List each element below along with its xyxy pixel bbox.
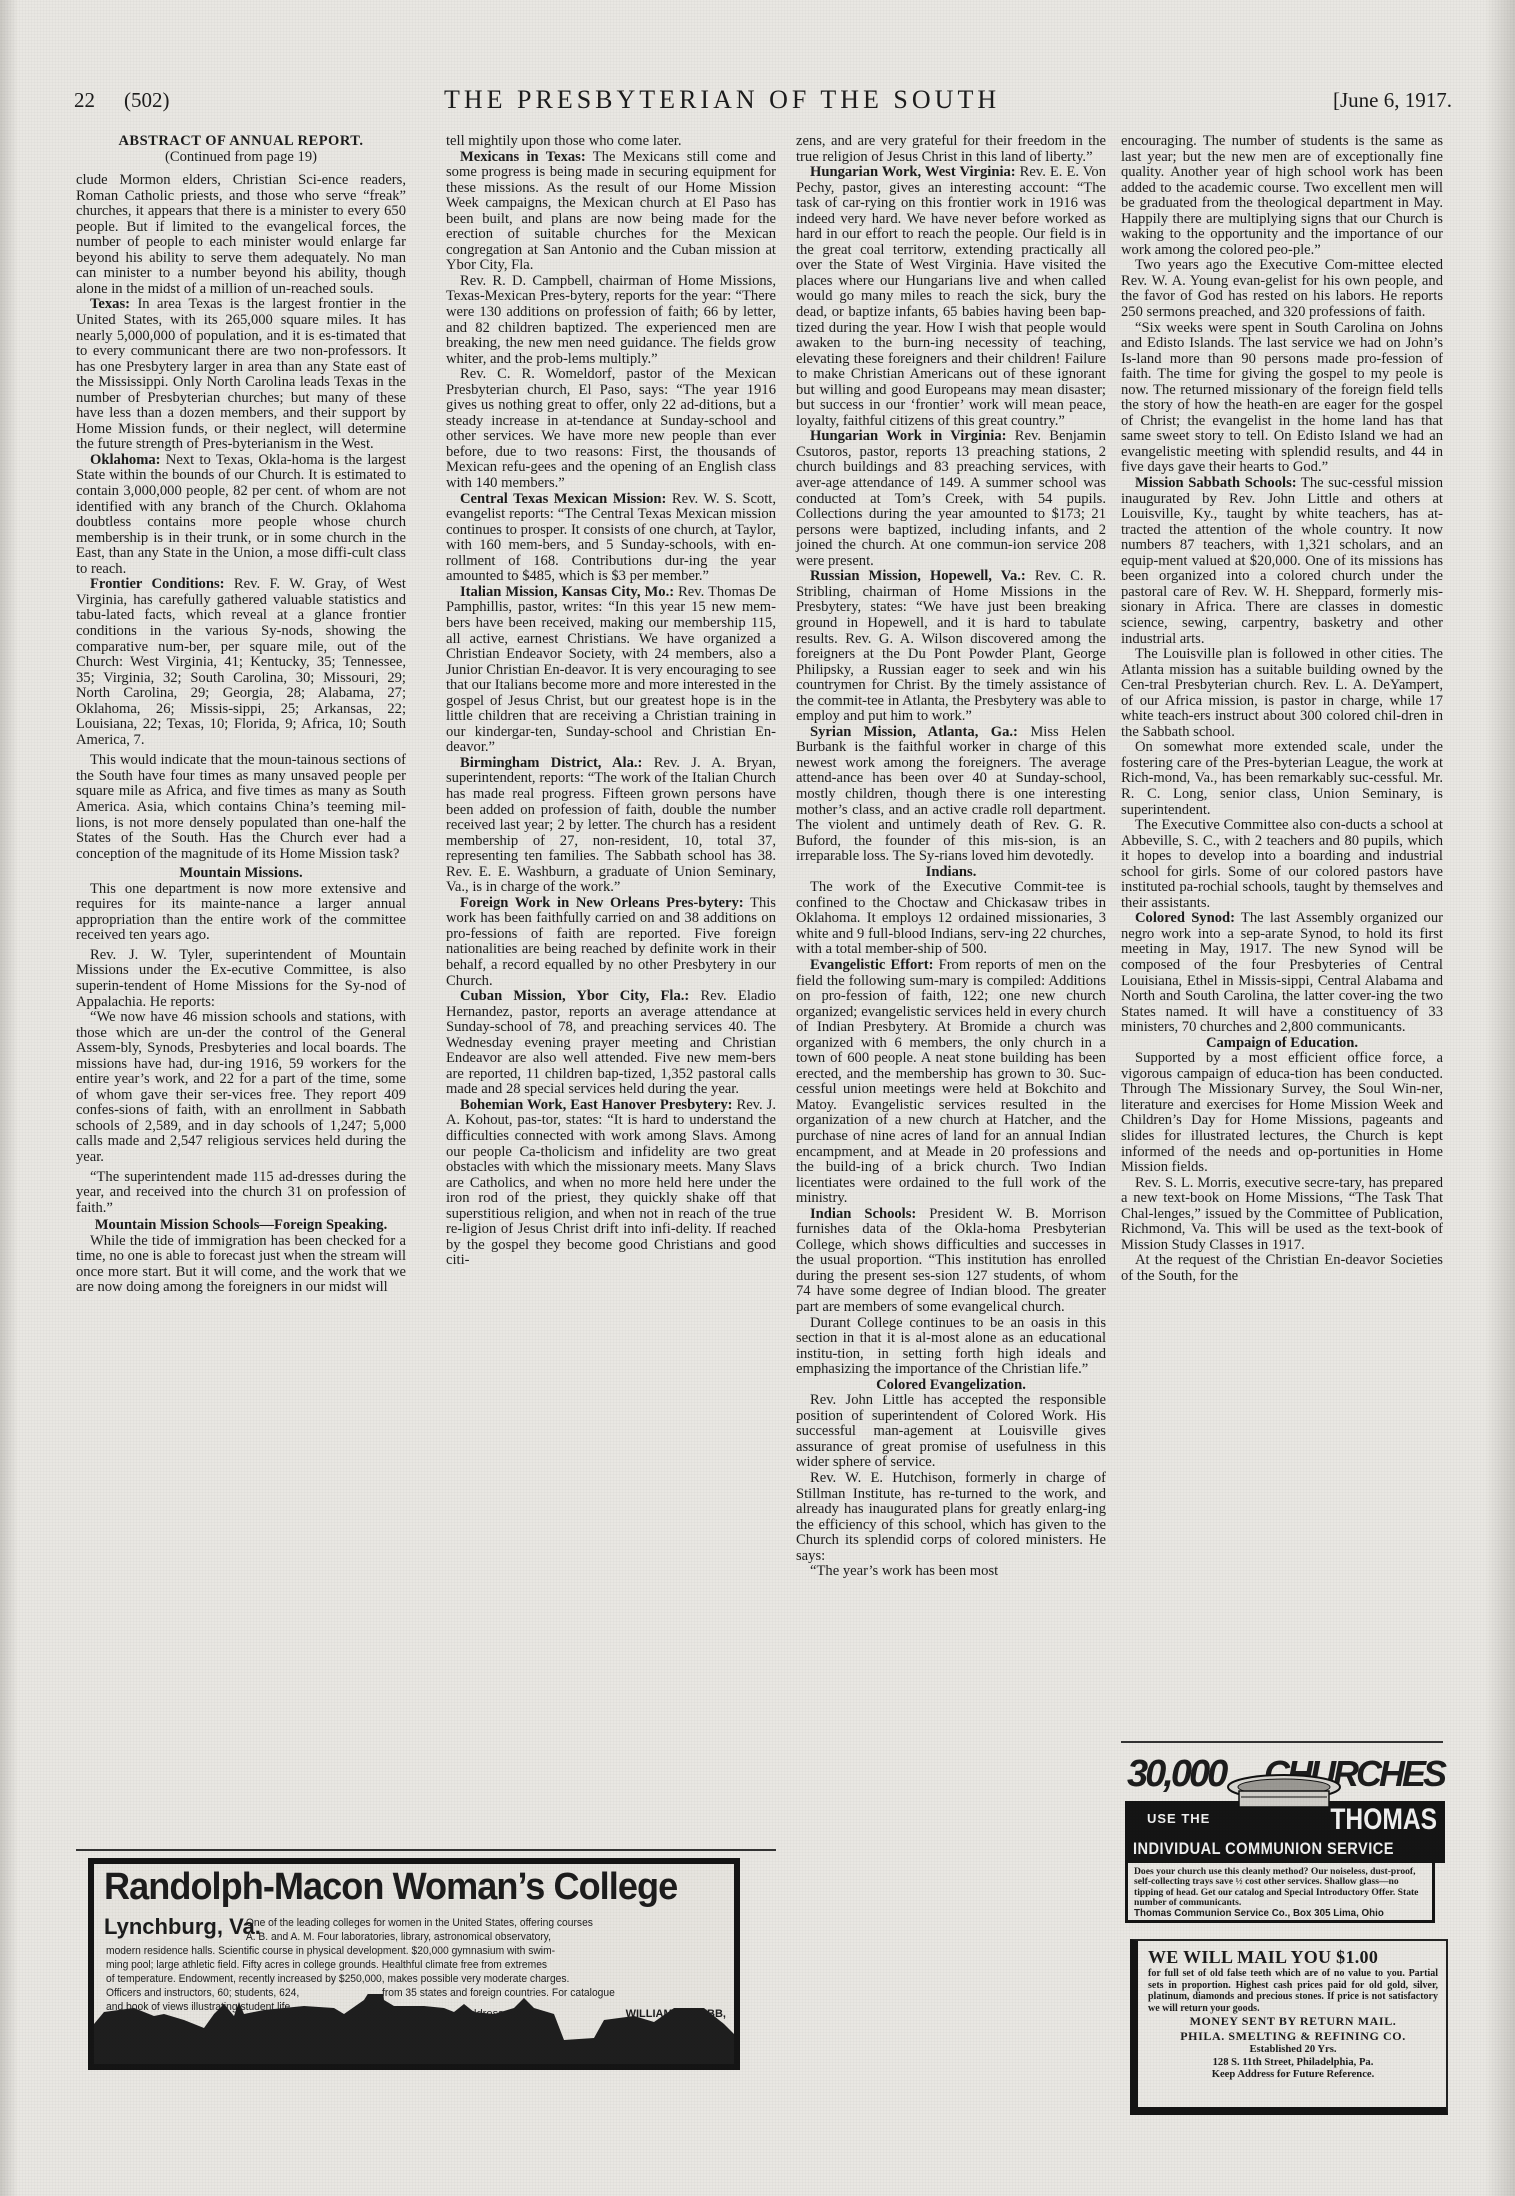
section-label: Mission Sabbath Schools: — [1135, 475, 1297, 491]
ad-money-line: MONEY SENT BY RETURN MAIL. — [1148, 2014, 1438, 2029]
masthead: 22 (502) THE PRESBYTERIAN OF THE SOUTH [… — [74, 88, 1454, 120]
ad-established: Established 20 Yrs. — [1148, 2044, 1438, 2056]
section-label: Evangelistic Effort: — [810, 957, 933, 973]
paragraph-mexicans: Mexicans in Texas: The Mexicans still co… — [446, 150, 776, 274]
paragraph: The Executive Committee also con-ducts a… — [1121, 818, 1443, 911]
section-heading: Colored Evangelization. — [796, 1378, 1106, 1394]
paragraph-oklahoma: Oklahoma: Next to Texas, Okla-homa is th… — [76, 453, 406, 577]
paragraph: This would indicate that the moun-tainou… — [76, 753, 406, 862]
paragraph-text: Next to Texas, Okla-homa is the largest … — [76, 452, 406, 577]
paragraph-text: Rev. E. E. Von Pechy, pastor, gives an i… — [796, 164, 1106, 429]
ad-body-box: Does your church use this cleanly method… — [1125, 1863, 1435, 1923]
paragraph: tell mightily upon those who come later. — [446, 134, 776, 150]
paragraph: “We now have 46 mission schools and stat… — [76, 1010, 406, 1165]
ad-address: 128 S. 11th Street, Philadelphia, Pa. — [1148, 2057, 1438, 2069]
paragraph: On somewhat more extended scale, under t… — [1121, 740, 1443, 818]
ad-keep-address: Keep Address for Future Reference. — [1148, 2069, 1438, 2081]
paragraph: zens, and are very grateful for their fr… — [796, 134, 1106, 165]
section-label: Oklahoma: — [90, 452, 161, 468]
ad-line: modern residence halls. Scientific cours… — [106, 1944, 673, 1958]
paragraph-text: The last Assembly organized our negro wo… — [1121, 910, 1443, 1035]
paragraph: Supported by a most efficient office for… — [1121, 1051, 1443, 1175]
section-heading: Mountain Mission Schools—Foreign Speakin… — [76, 1218, 406, 1234]
continuation-note: (Continued from page 19) — [76, 150, 406, 166]
section-label: Birmingham District, Ala.: — [460, 755, 642, 771]
paragraph: “Six weeks were spent in South Carolina … — [1121, 321, 1443, 476]
page-number: 22 — [74, 88, 95, 113]
paragraph-hungarian-va: Hungarian Work in Virginia: Rev. Benjami… — [796, 429, 1106, 569]
paragraph-frontier: Frontier Conditions: Rev. F. W. Gray, of… — [76, 577, 406, 748]
paragraph-cuban: Cuban Mission, Ybor City, Fla.: Rev. Ela… — [446, 989, 776, 1098]
paragraph: At the request of the Christian En-deavo… — [1121, 1253, 1443, 1284]
section-label: Mexicans in Texas: — [460, 149, 586, 165]
paragraph: The work of the Executive Commit-tee is … — [796, 880, 1106, 958]
issue-date: [June 6, 1917. — [1333, 88, 1452, 113]
section-heading: Indians. — [796, 865, 1106, 881]
paragraph-text: The Mexicans still come and some progres… — [446, 149, 776, 274]
paragraph: Durant College continues to be an oasis … — [796, 1316, 1106, 1378]
paragraph-text: Rev. C. R. Stribling, chairman of Home M… — [796, 568, 1106, 724]
paragraph: Two years ago the Executive Com-mittee e… — [1121, 258, 1443, 320]
column-2: tell mightily upon those who come later.… — [446, 134, 776, 1269]
section-heading: Campaign of Education. — [1121, 1036, 1443, 1052]
paragraph: clude Mormon elders, Christian Sci-ence … — [76, 173, 406, 297]
article-heading: ABSTRACT OF ANNUAL REPORT. — [76, 134, 406, 150]
paragraph: Rev. C. R. Womeldorf, pastor of the Mexi… — [446, 367, 776, 491]
paragraph-text: Rev. Benjamin Csutoros, pastor, reports … — [796, 428, 1106, 568]
paragraph-text: Rev. Thomas De Pamphillis, pastor, write… — [446, 584, 776, 755]
ad-body: for full set of old false teeth which ar… — [1148, 1968, 1438, 2014]
section-label: Syrian Mission, Atlanta, Ga.: — [810, 724, 1018, 740]
paragraph-new-orleans: Foreign Work in New Orleans Pres-bytery:… — [446, 896, 776, 989]
ad-company: PHILA. SMELTING & REFINING CO. — [1148, 2029, 1438, 2044]
paragraph-central-texas: Central Texas Mexican Mission: Rev. W. S… — [446, 492, 776, 585]
ad-line: One of the leading colleges for women in… — [106, 1916, 673, 1930]
paragraph: Rev. J. W. Tyler, superintendent of Moun… — [76, 948, 406, 1010]
ad-product: INDIVIDUAL COMMUNION SERVICE — [1133, 1839, 1394, 1859]
ad-headline-number: 30,000 — [1127, 1753, 1225, 1796]
ad-line: ming pool; large athletic field. Fifty a… — [106, 1958, 673, 1972]
column-3: zens, and are very grateful for their fr… — [796, 134, 1106, 1580]
section-label: Hungarian Work in Virginia: — [810, 428, 1006, 444]
paragraph-text: Rev. F. W. Gray, of West Virginia, has c… — [76, 576, 406, 747]
paragraph: Rev. R. D. Campbell, chairman of Home Mi… — [446, 274, 776, 367]
ad-body: Does your church use this cleanly method… — [1134, 1867, 1426, 1909]
paragraph-text: The suc-cessful mission inaugurated by R… — [1121, 475, 1443, 646]
paragraph-indian-schools: Indian Schools: President W. B. Morrison… — [796, 1207, 1106, 1316]
ad-title: Randolph-Macon Woman’s College — [104, 1866, 677, 1909]
section-label: Texas: — [90, 296, 130, 312]
section-label: Foreign Work in New Orleans Pres-bytery: — [460, 895, 744, 911]
section-label: Italian Mission, Kansas City, Mo.: — [460, 584, 674, 600]
paragraph: Rev. John Little has accepted the respon… — [796, 1393, 1106, 1471]
section-label: Russian Mission, Hopewell, Va.: — [810, 568, 1026, 584]
paragraph-evangelistic: Evangelistic Effort: From reports of men… — [796, 958, 1106, 1207]
paragraph-birmingham: Birmingham District, Ala.: Rev. J. A. Br… — [446, 756, 776, 896]
column-1: ABSTRACT OF ANNUAL REPORT. (Continued fr… — [76, 134, 406, 1296]
section-label: Indian Schools: — [810, 1206, 916, 1222]
publication-title: THE PRESBYTERIAN OF THE SOUTH — [444, 85, 1000, 115]
section-label: Central Texas Mexican Mission: — [460, 491, 666, 507]
ad-brand: THOMAS — [1330, 1803, 1437, 1837]
ad-company: Thomas Communion Service Co., Box 305 Li… — [1134, 1909, 1426, 1919]
ad-line: A. B. and A. M. Four laboratories, libra… — [106, 1930, 673, 1944]
paragraph-text: Rev. J. A. Bryan, superintendent, report… — [446, 755, 776, 895]
section-label: Hungarian Work, West Virginia: — [810, 164, 1016, 180]
paragraph-hungarian-wv: Hungarian Work, West Virginia: Rev. E. E… — [796, 165, 1106, 429]
ad-headline: WE WILL MAIL YOU $1.00 — [1148, 1947, 1438, 1968]
paragraph-colored-synod: Colored Synod: The last Assembly organiz… — [1121, 911, 1443, 1035]
paragraph: encouraging. The number of students is t… — [1121, 134, 1443, 258]
section-label: Frontier Conditions: — [90, 576, 225, 592]
paragraph-russian: Russian Mission, Hopewell, Va.: Rev. C. … — [796, 569, 1106, 724]
paragraph: “The year’s work has been most — [796, 1564, 1106, 1580]
column-4: encouraging. The number of students is t… — [1121, 134, 1443, 1284]
paragraph-text: President W. B. Morrison furnishes data … — [796, 1206, 1106, 1315]
page-edge-left — [0, 0, 18, 2196]
divider — [76, 1849, 776, 1851]
paragraph-syrian: Syrian Mission, Atlanta, Ga.: Miss Helen… — [796, 725, 1106, 865]
advertisement-thomas-communion: 30,000 CHURCHES USE THE THOMAS INDIVIDUA… — [1125, 1747, 1450, 1929]
paragraph-bohemian: Bohemian Work, East Hanover Presbytery: … — [446, 1098, 776, 1269]
paragraph-text: Miss Helen Burbank is the faithful worke… — [796, 724, 1106, 864]
section-heading: Mountain Missions. — [76, 866, 406, 882]
paragraph-text: Rev. Eladio Hernandez, pastor, reports a… — [446, 988, 776, 1097]
advertisement-phila-smelting: WE WILL MAIL YOU $1.00 for full set of o… — [1130, 1939, 1448, 2115]
paragraph-italian: Italian Mission, Kansas City, Mo.: Rev. … — [446, 585, 776, 756]
paragraph: “The superintendent made 115 ad-dresses … — [76, 1170, 406, 1217]
communion-tray-icon — [1225, 1773, 1343, 1811]
paragraph: Rev. W. E. Hutchison, formerly in charge… — [796, 1471, 1106, 1564]
page-edge-right — [1485, 0, 1515, 2196]
ad-use-the: USE THE — [1147, 1811, 1210, 1826]
paragraph-texas: Texas: In area Texas is the largest fron… — [76, 297, 406, 452]
section-label: Cuban Mission, Ybor City, Fla.: — [460, 988, 689, 1004]
page-number-alt: (502) — [124, 88, 170, 113]
advertisement-randolph-macon: Randolph-Macon Woman’s College Lynchburg… — [88, 1858, 740, 2070]
paragraph-text: In area Texas is the largest frontier in… — [76, 296, 406, 452]
paragraph: Rev. S. L. Morris, executive secre-tary,… — [1121, 1176, 1443, 1254]
section-label: Bohemian Work, East Hanover Presbytery: — [460, 1097, 733, 1113]
section-label: Colored Synod: — [1135, 910, 1235, 926]
college-buildings-illustration — [94, 1994, 734, 2064]
paragraph-text: From reports of men on the field the fol… — [796, 957, 1106, 1206]
paragraph: The Louisville plan is followed in other… — [1121, 647, 1443, 740]
paragraph: This one department is now more extensiv… — [76, 882, 406, 944]
divider — [1121, 1741, 1443, 1743]
paragraph-text: Rev. J. A. Kohout, pas-tor, states: “It … — [446, 1097, 776, 1268]
paragraph-sabbath-schools: Mission Sabbath Schools: The suc-cessful… — [1121, 476, 1443, 647]
ad-line: of temperature. Endowment, recently incr… — [106, 1972, 673, 1986]
paragraph: While the tide of immigration has been c… — [76, 1234, 406, 1296]
